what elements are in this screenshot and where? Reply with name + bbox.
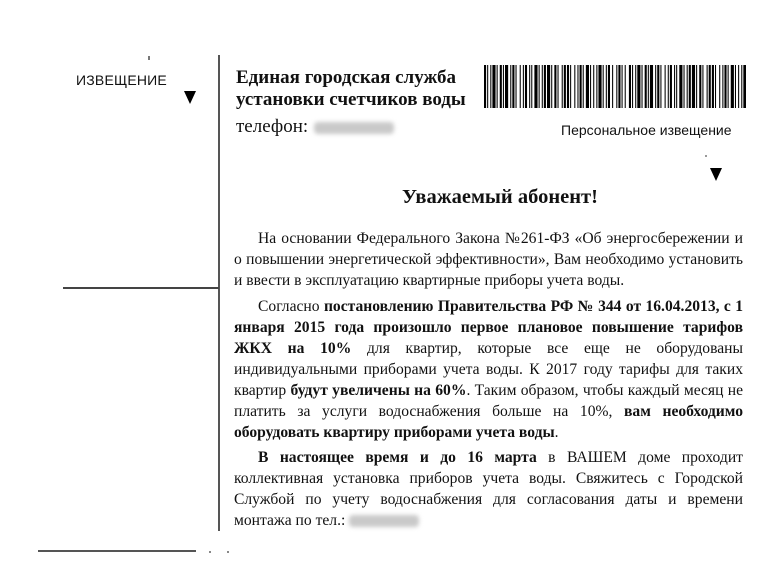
notice-stub-label: ИЗВЕЩЕНИЕ <box>76 72 167 88</box>
personal-notice-label: Персональное извещение <box>561 122 732 138</box>
org-phone: телефон: <box>236 116 394 138</box>
paragraph-tariffs: Согласно постановлению Правительства РФ … <box>234 296 743 443</box>
paragraph-installation: В настоящее время и до 16 марта в ВАШЕМ … <box>234 447 743 531</box>
scan-mark <box>227 551 229 553</box>
paragraph-text: Согласно <box>258 298 324 315</box>
redacted-phone <box>314 122 394 134</box>
paragraph-text: . <box>555 424 559 441</box>
org-name-line1: Единая городская служба <box>236 67 466 89</box>
org-name-line2: установки счетчиков воды <box>236 89 466 111</box>
paragraph-bold-text: будут увеличены на 60% <box>291 382 467 399</box>
scan-mark <box>209 551 211 553</box>
scan-mark <box>705 155 707 157</box>
cut-line-horizontal <box>63 287 219 289</box>
greeting-heading: Уважаемый абонент! <box>230 186 770 209</box>
down-triangle-icon <box>710 168 722 181</box>
phone-label: телефон: <box>236 116 308 137</box>
redacted-phone <box>349 515 419 527</box>
cut-line-vertical <box>218 55 220 531</box>
paragraph-law: На основании Федерального Закона №261-ФЗ… <box>234 228 743 291</box>
organization-name: Единая городская служба установки счетчи… <box>236 67 466 111</box>
barcode-icon <box>484 65 746 108</box>
scan-mark <box>148 56 150 60</box>
down-triangle-icon <box>184 91 196 104</box>
paragraph-text: На основании Федерального Закона №261-ФЗ… <box>234 230 743 289</box>
paragraph-bold-text: В настоящее время и до 16 марта <box>258 449 537 466</box>
cut-line-bottom <box>38 550 196 552</box>
